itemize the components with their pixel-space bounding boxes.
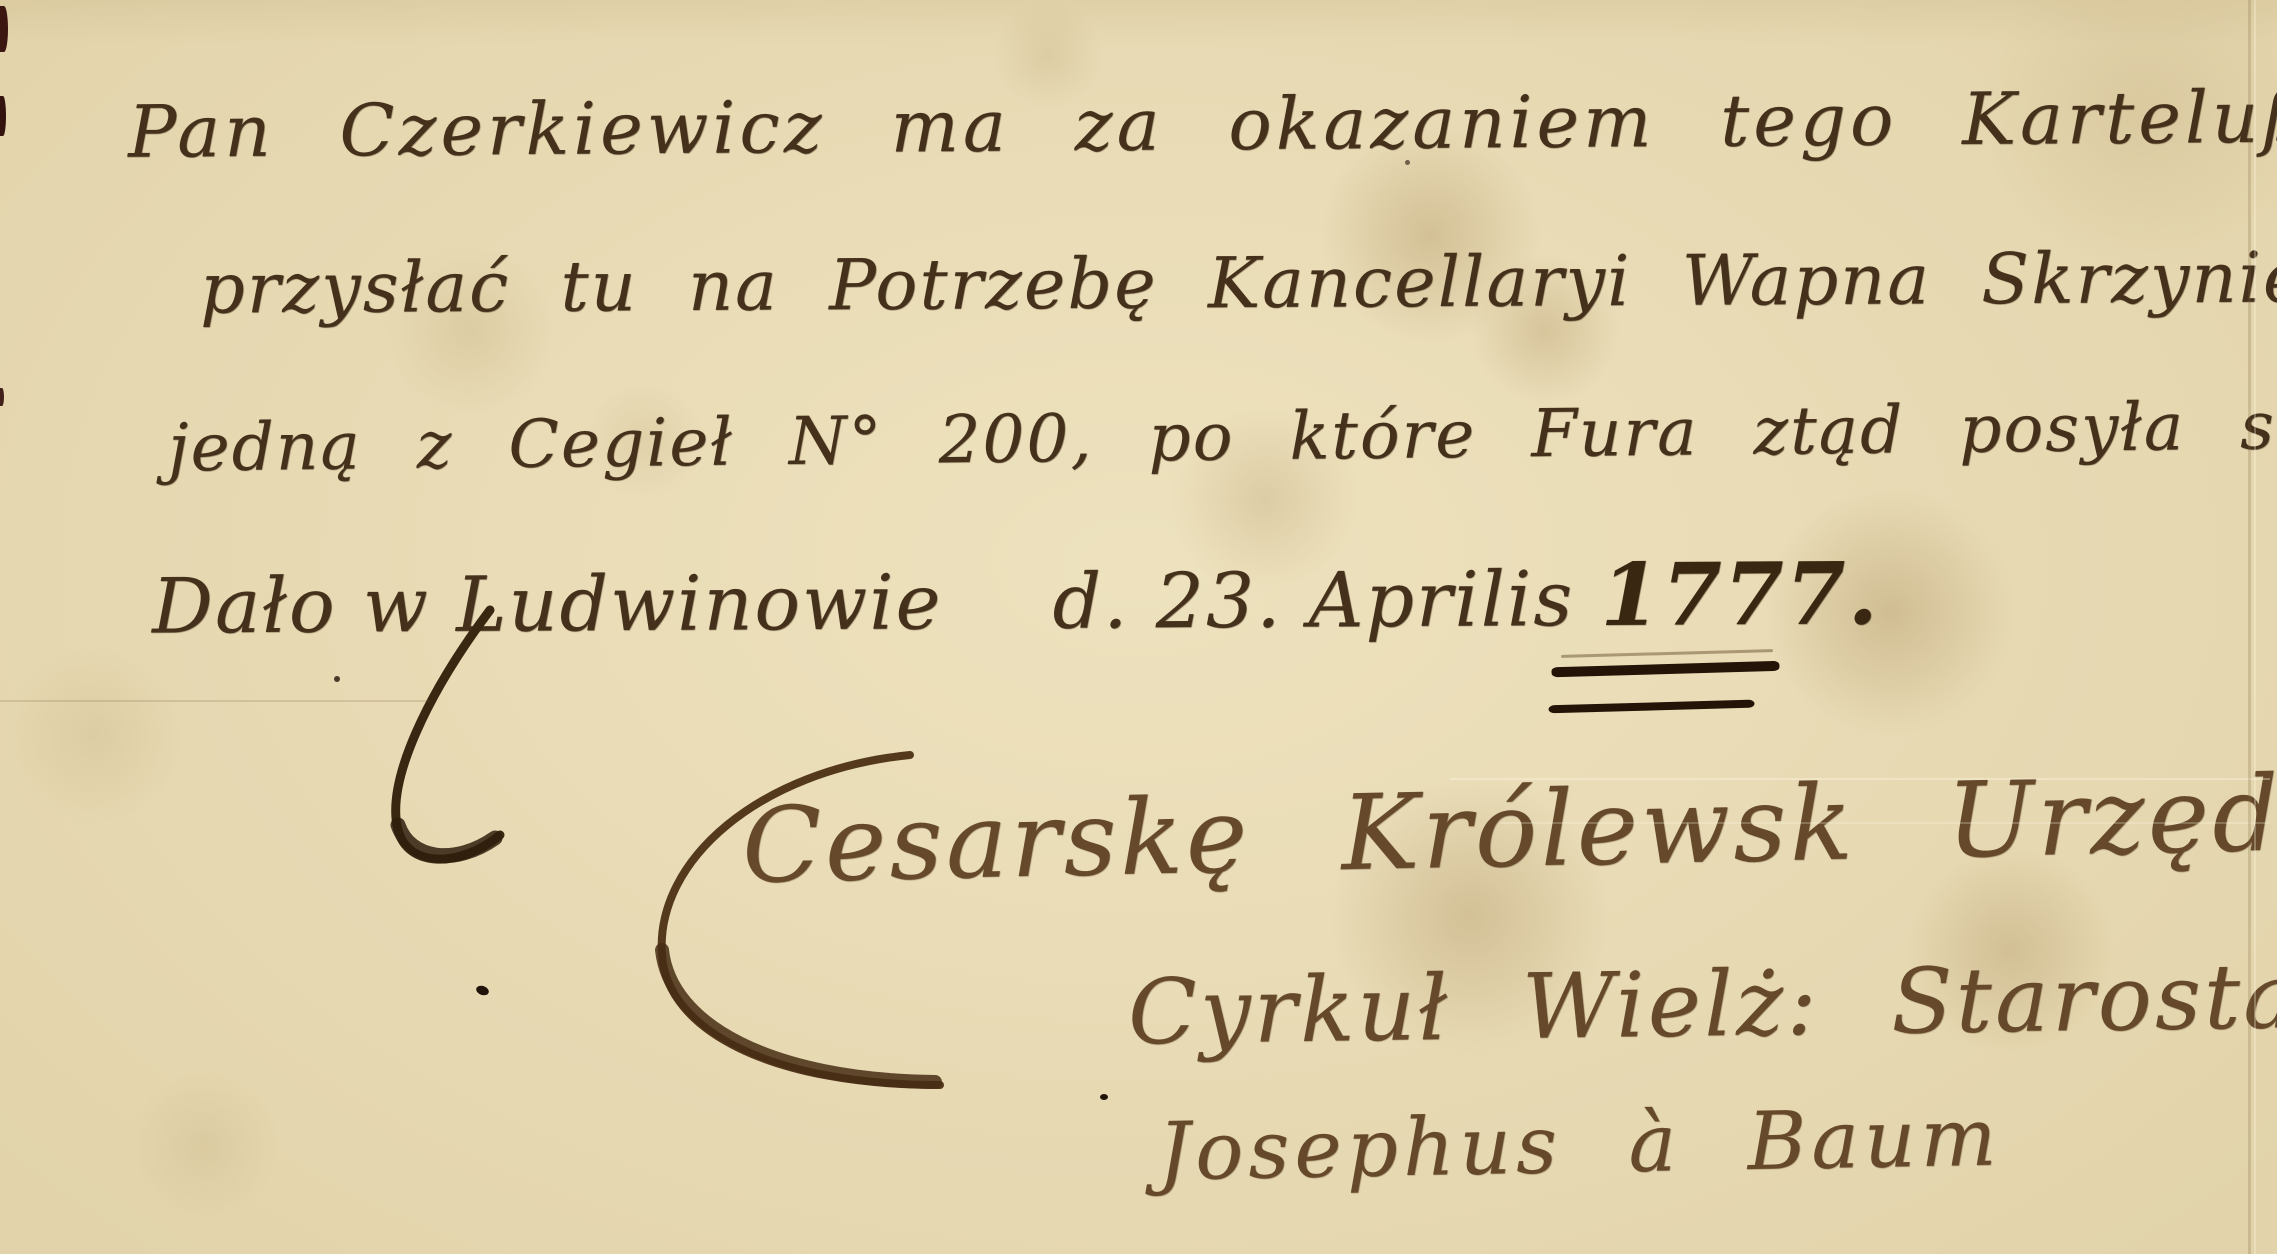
left-edge-mark-1 <box>0 6 8 52</box>
dateline: Dało w Ludwinowied. 23. Aprilis1777. <box>152 543 1880 653</box>
right-fold-highlight <box>2254 0 2256 1254</box>
left-edge-mark-2 <box>0 96 6 136</box>
ink-speck-2 <box>1100 1094 1108 1100</box>
year-double-underline <box>1547 649 1789 726</box>
ink-speck-4 <box>1405 160 1410 165</box>
manuscript-page: Pan Czerkiewicz ma za okazaniem tego Kar… <box>0 0 2277 1254</box>
signature-line-district: Cyrkuł Wielż: Starosta. <box>1127 944 2277 1066</box>
dateline-place: Dało w Ludwinowie <box>152 557 943 650</box>
signature-line-office: Cesarskę Królewsk Urzędu <box>741 751 2277 907</box>
year-underline-faint-stroke <box>1561 649 1773 658</box>
dateline-year: 1777. <box>1600 543 1880 645</box>
left-edge-mark-3 <box>0 388 4 406</box>
right-fold-shadow <box>2248 0 2251 1254</box>
year-underline-stroke-1 <box>1551 661 1779 677</box>
dateline-day: d. 23. Aprilis <box>1052 554 1574 646</box>
body-line-1: Pan Czerkiewicz ma za okazaniem tego Kar… <box>128 74 2277 174</box>
body-line-2: przysłać tu na Potrzebę Kancellaryi Wapn… <box>200 236 2277 329</box>
paper-laid-line-1 <box>1450 778 2270 780</box>
year-underline-stroke-2 <box>1548 700 1754 714</box>
signature-name: Josephus à Baum <box>1157 1091 2002 1199</box>
horizontal-crease <box>0 700 430 702</box>
paper-laid-line-2 <box>1500 822 2270 824</box>
body-line-3: jedną z Cegieł N° 200, po które Fura ztą… <box>168 387 2277 487</box>
ink-speck-1 <box>475 984 490 997</box>
ink-speck-3 <box>334 676 340 682</box>
